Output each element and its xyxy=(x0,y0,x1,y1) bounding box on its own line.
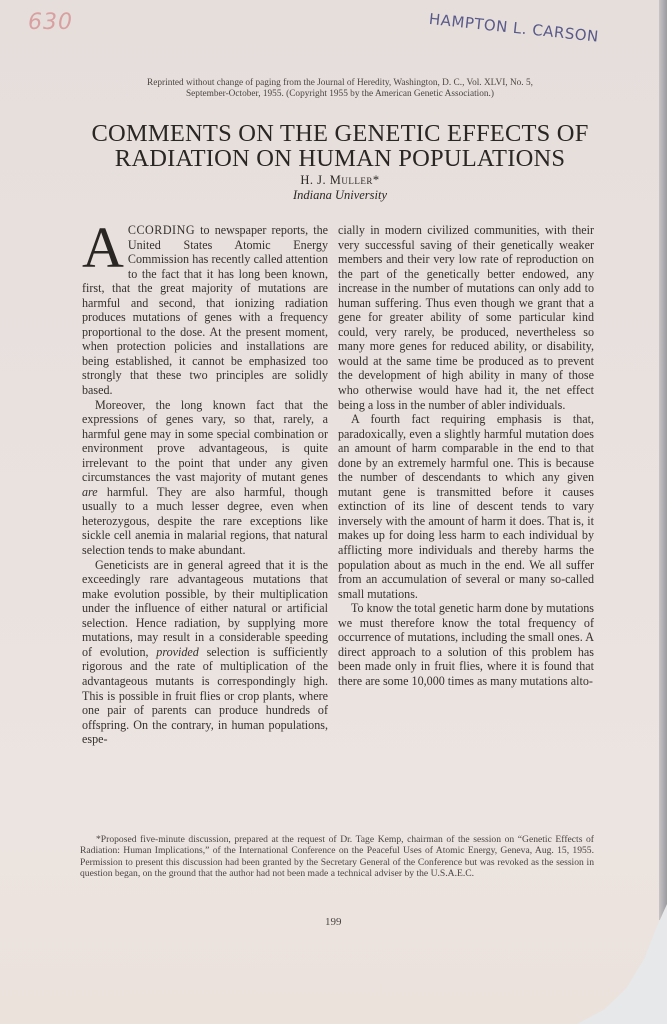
paragraph-3-text: Geneticists are in general agreed that i… xyxy=(82,558,328,659)
paragraph-2-text: Moreover, the long known fact that the e… xyxy=(82,398,328,485)
owner-stamp: HAMPTON L. CARSON xyxy=(428,10,600,46)
paragraph-2: Moreover, the long known fact that the e… xyxy=(82,398,328,558)
title-line-2: RADIATION ON HUMAN POPULATIONS xyxy=(40,146,640,171)
paper-sheet: 630 HAMPTON L. CARSON Reprinted without … xyxy=(0,0,667,1024)
page-edge-shadow xyxy=(659,0,667,920)
footnote: *Proposed five-minute discussion, prepar… xyxy=(80,834,594,880)
reprint-notice: Reprinted without change of paging from … xyxy=(60,78,620,99)
article-title: COMMENTS ON THE GENETIC EFFECTS OF RADIA… xyxy=(40,121,640,171)
reprint-line-2: September-October, 1955. (Copyright 1955… xyxy=(60,89,620,100)
paragraph-2-tail: harmful. They are also harmful, though u… xyxy=(82,485,328,557)
reprint-line-1: Reprinted without change of paging from … xyxy=(60,78,620,89)
paragraph-6: To know the total genetic harm done by m… xyxy=(338,601,594,688)
author-affiliation: Indiana University xyxy=(40,188,640,202)
emphasis-are: are xyxy=(82,485,98,499)
paragraph-4: cially in modern civilized communities, … xyxy=(338,223,594,412)
emphasis-provided: provided xyxy=(156,645,199,659)
footnote-text: *Proposed five-minute discussion, prepar… xyxy=(80,834,594,880)
left-column: ACCORDING to newspaper reports, the Unit… xyxy=(82,223,328,747)
paragraph-3: Geneticists are in general agreed that i… xyxy=(82,558,328,747)
lead-word: CCORDING xyxy=(128,223,195,237)
drop-cap: A xyxy=(82,226,124,270)
torn-corner xyxy=(577,904,667,1024)
paragraph-3-tail: selection is sufficiently rigorous and t… xyxy=(82,645,328,746)
right-column: cially in modern civilized communities, … xyxy=(338,223,594,689)
paragraph-5: A fourth fact requiring emphasis is that… xyxy=(338,412,594,601)
page-number: 199 xyxy=(325,916,342,928)
handwritten-annotation: 630 xyxy=(28,10,73,35)
author-name: H. J. Muller* xyxy=(40,173,640,187)
title-line-1: COMMENTS ON THE GENETIC EFFECTS OF xyxy=(40,121,640,146)
paragraph-1: ACCORDING to newspaper reports, the Unit… xyxy=(82,223,328,398)
